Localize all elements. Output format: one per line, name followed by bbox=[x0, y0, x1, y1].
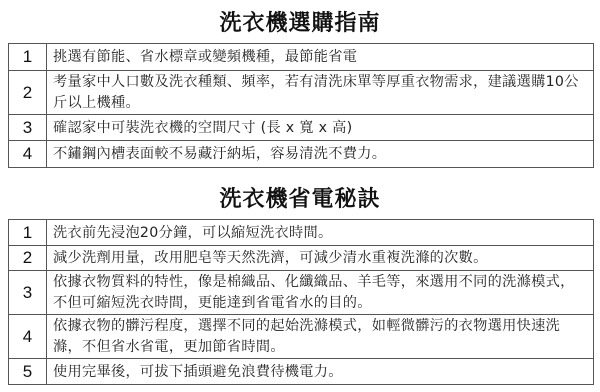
buying-guide-table: 1 挑選有節能、省水標章或變頻機種，最節能省電 2 考量家中人口數及洗衣種類、頻… bbox=[8, 43, 594, 168]
table-row: 2 考量家中人口數及洗衣種類、頻率，若有清洗床單等厚重衣物需求，建議選購10公斤… bbox=[9, 71, 594, 115]
table-row: 3 依據衣物質料的特性，像是棉織品、化纖織品、羊毛等，來選用不同的洗滌模式，不但… bbox=[9, 271, 594, 315]
energy-saving-table: 1 洗衣前先浸泡20分鐘，可以縮短洗衣時間。 2 減少洗劑用量，改用肥皂等天然洗… bbox=[8, 219, 594, 385]
row-number: 2 bbox=[9, 71, 47, 115]
row-text: 減少洗劑用量，改用肥皂等天然洗濟，可減少清水重複洗滌的次數。 bbox=[47, 246, 594, 271]
row-number: 4 bbox=[9, 141, 47, 168]
row-text: 不鏽鋼內槽表面較不易藏汙納垢，容易清洗不費力。 bbox=[47, 141, 594, 168]
section-title-buying-guide: 洗衣機選購指南 bbox=[0, 6, 600, 37]
row-text: 挑選有節能、省水標章或變頻機種，最節能省電 bbox=[47, 44, 594, 71]
row-number: 4 bbox=[9, 315, 47, 359]
table-row: 1 洗衣前先浸泡20分鐘，可以縮短洗衣時間。 bbox=[9, 220, 594, 246]
row-number: 1 bbox=[9, 44, 47, 71]
row-text: 考量家中人口數及洗衣種類、頻率，若有清洗床單等厚重衣物需求，建議選購10公斤以上… bbox=[47, 71, 594, 115]
table-row: 3 確認家中可裝洗衣機的空間尺寸 (長 x 寬 x 高) bbox=[9, 115, 594, 141]
section-title-energy-saving: 洗衣機省電秘訣 bbox=[0, 182, 600, 213]
row-number: 1 bbox=[9, 220, 47, 246]
row-text: 使用完畢後，可拔下插頭避免浪費待機電力。 bbox=[47, 359, 594, 385]
table-row: 2 減少洗劑用量，改用肥皂等天然洗濟，可減少清水重複洗滌的次數。 bbox=[9, 246, 594, 271]
row-text: 依據衣物的髒污程度，選擇不同的起始洗滌模式，如輕微髒污的衣物選用快速洗滌，不但省… bbox=[47, 315, 594, 359]
row-number: 5 bbox=[9, 359, 47, 385]
row-text: 依據衣物質料的特性，像是棉織品、化纖織品、羊毛等，來選用不同的洗滌模式，不但可縮… bbox=[47, 271, 594, 315]
row-number: 3 bbox=[9, 271, 47, 315]
table-row: 5 使用完畢後，可拔下插頭避免浪費待機電力。 bbox=[9, 359, 594, 385]
row-text: 洗衣前先浸泡20分鐘，可以縮短洗衣時間。 bbox=[47, 220, 594, 246]
table-row: 4 依據衣物的髒污程度，選擇不同的起始洗滌模式，如輕微髒污的衣物選用快速洗滌，不… bbox=[9, 315, 594, 359]
table-row: 1 挑選有節能、省水標章或變頻機種，最節能省電 bbox=[9, 44, 594, 71]
row-text: 確認家中可裝洗衣機的空間尺寸 (長 x 寬 x 高) bbox=[47, 115, 594, 141]
table-row: 4 不鏽鋼內槽表面較不易藏汙納垢，容易清洗不費力。 bbox=[9, 141, 594, 168]
row-number: 3 bbox=[9, 115, 47, 141]
row-number: 2 bbox=[9, 246, 47, 271]
